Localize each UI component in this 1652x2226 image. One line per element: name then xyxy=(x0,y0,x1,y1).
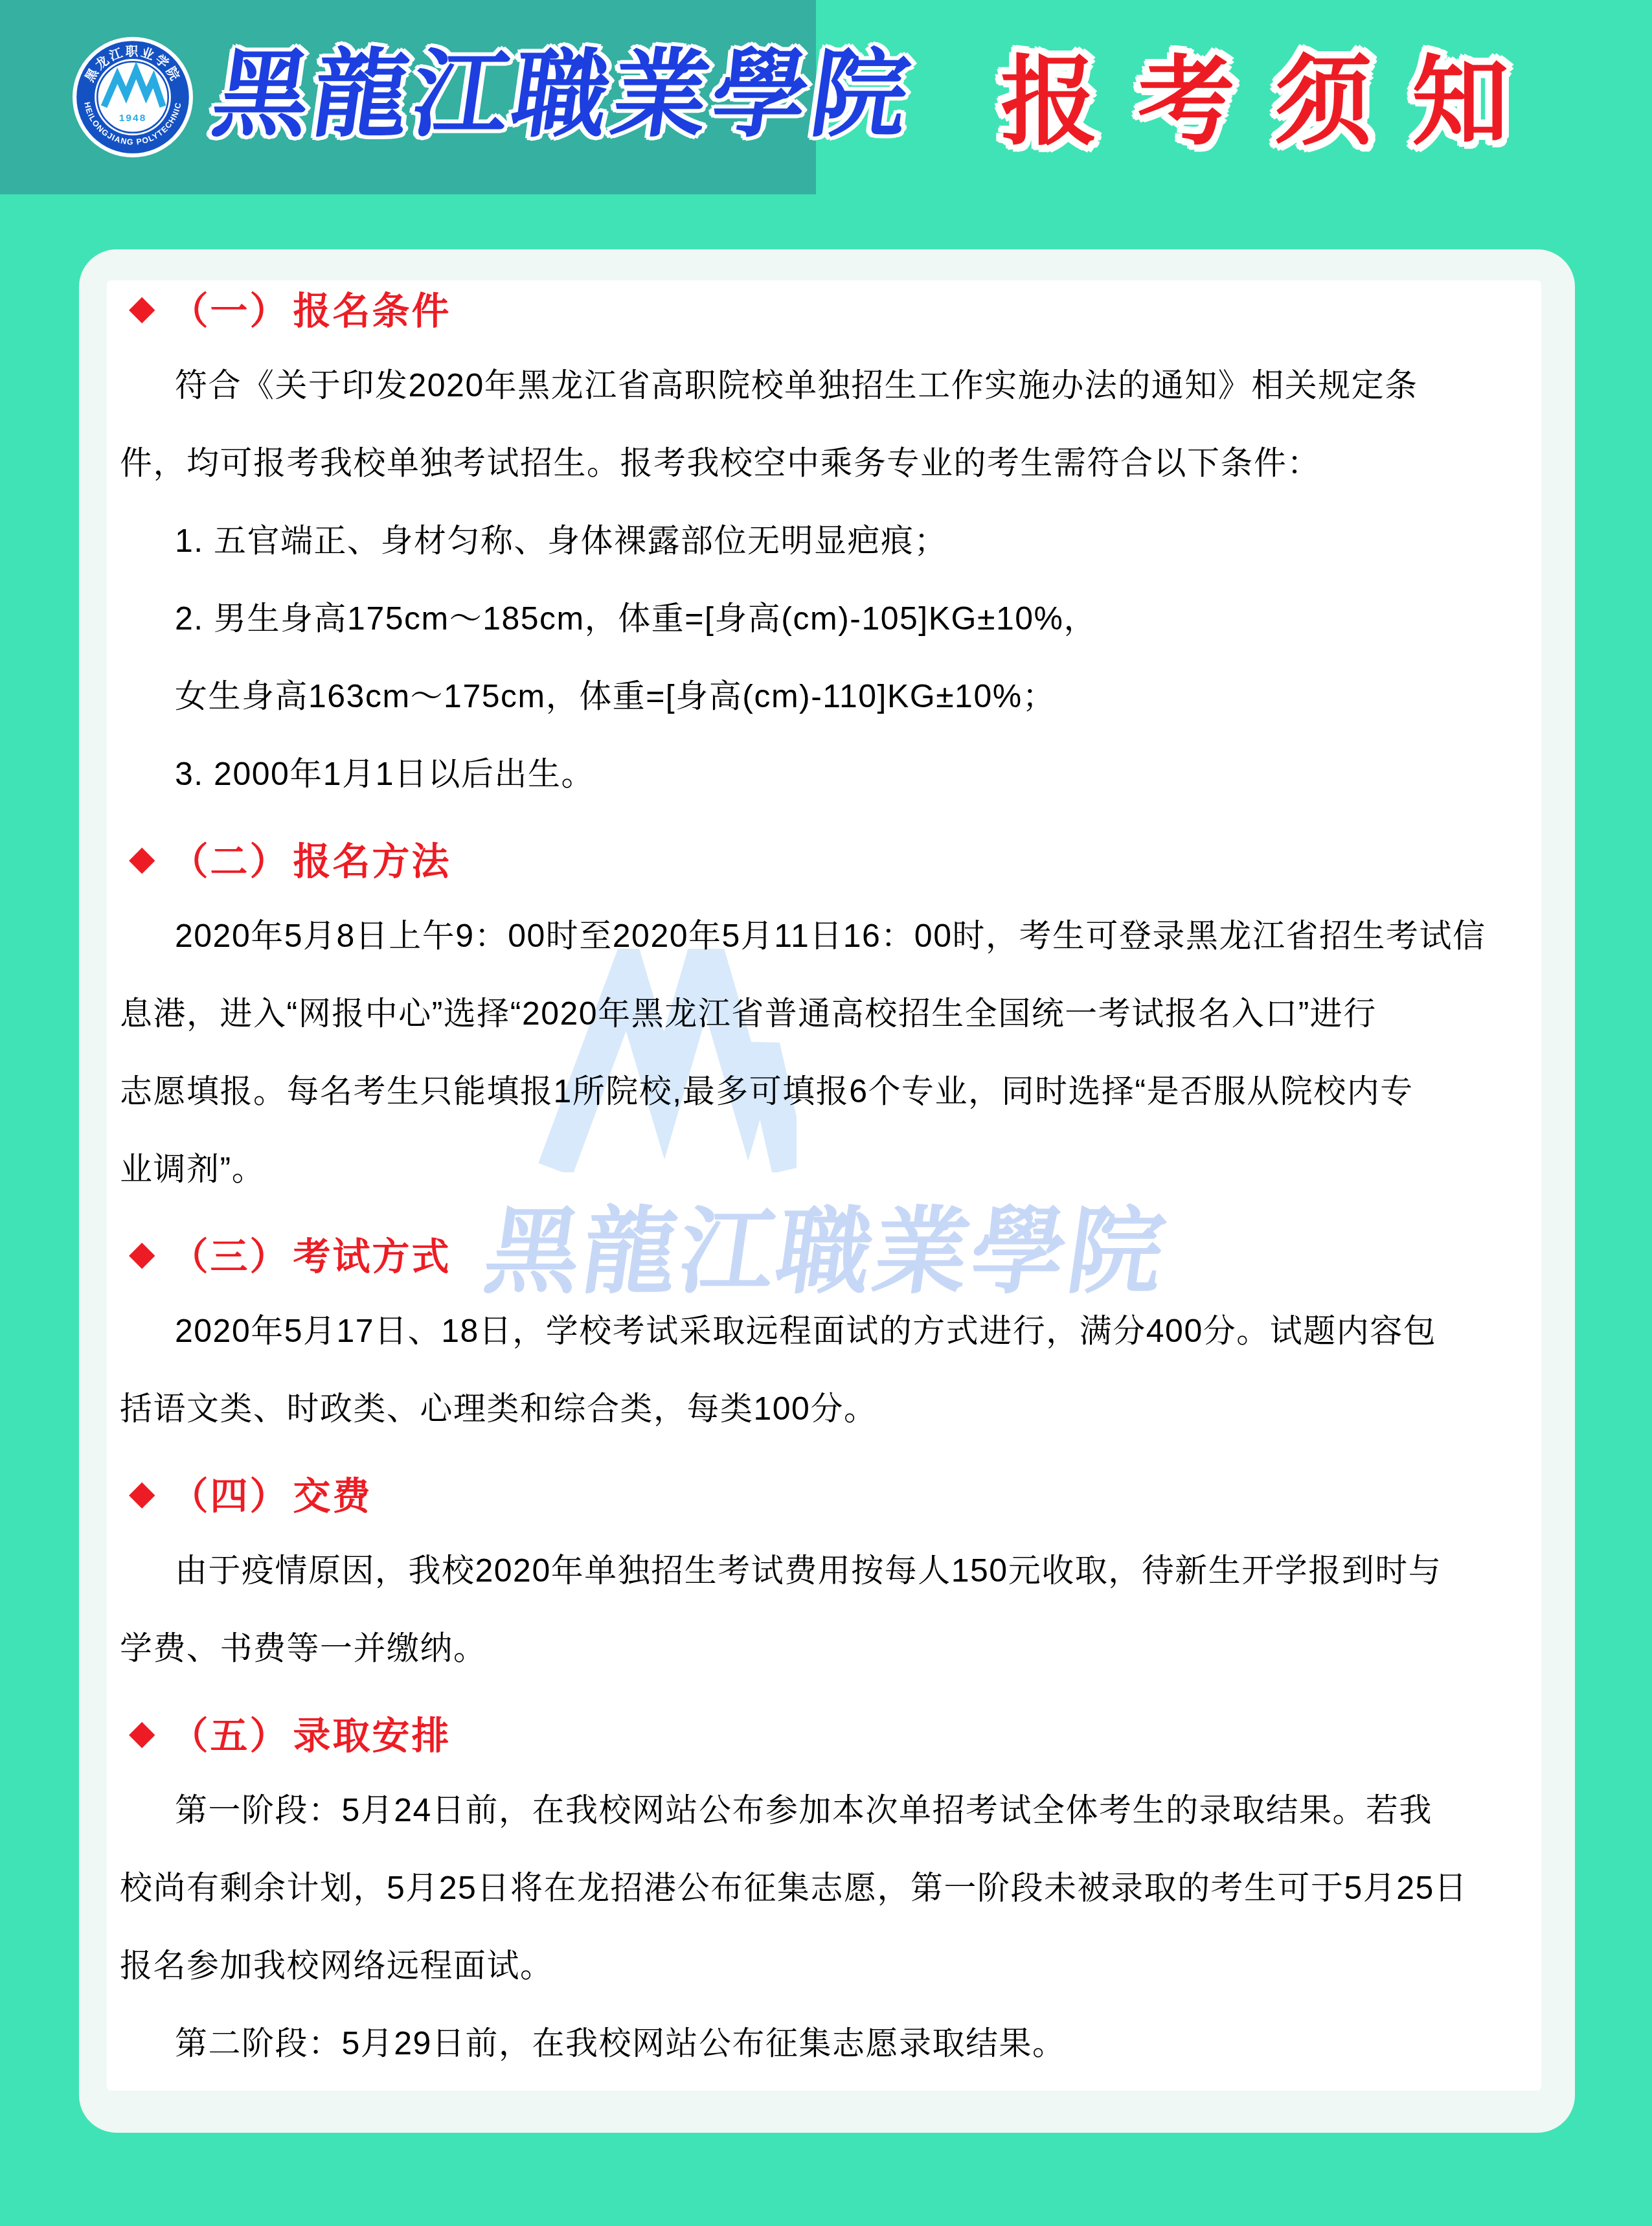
section-title: 录取安排 xyxy=(293,1705,451,1760)
badge-year: 1948 xyxy=(119,113,147,124)
section-title: 报名条件 xyxy=(293,280,451,335)
body-text-line: 女生身高163cm～175cm，体重=[身高(cm)-110]KG±10%； xyxy=(120,657,1567,735)
body-text-line: 1. 五官端正、身材匀称、身体裸露部位无明显疤痕； xyxy=(120,502,1567,580)
body-text-line: 志愿填报。每名考生只能填报1所院校,最多可填报6个专业，同时选择“是否服从院校内… xyxy=(120,1052,1567,1130)
body-text-line: 3. 2000年1月1日以后出生。 xyxy=(120,735,1567,813)
body-text-line: 第二阶段：5月29日前，在我校网站公布征集志愿录取结果。 xyxy=(120,2005,1567,2082)
diamond-bullet-icon: ◆ xyxy=(130,1716,156,1749)
page-title: 报 考 须 知 xyxy=(1001,47,1428,157)
section-number: （二） xyxy=(170,831,289,885)
section-number: （四） xyxy=(170,1466,289,1520)
body-text-line: 括语文类、时政类、心理类和综合类，每类100分。 xyxy=(120,1370,1567,1448)
section-heading: ◆（二）报名方法 xyxy=(120,819,1567,897)
diamond-bullet-icon: ◆ xyxy=(130,1237,156,1269)
body-text-line: 2020年5月8日上午9：00时至2020年5月11日16：00时，考生可登录黑… xyxy=(120,897,1567,975)
section-heading: ◆（一）报名条件 xyxy=(120,269,1567,346)
school-name-calligraphy: 黑龍江職業學院 xyxy=(205,34,921,157)
body-text-line: 息港，进入“网报中心”选择“2020年黑龙江省普通高校招生全国统一考试报名入口”… xyxy=(120,975,1567,1052)
section-heading: ◆（三）考试方式 xyxy=(120,1214,1567,1292)
body-text-line: 学费、书费等一并缴纳。 xyxy=(120,1609,1567,1687)
body-text-line: 业调剂”。 xyxy=(120,1130,1567,1208)
diamond-bullet-icon: ◆ xyxy=(130,1477,156,1509)
section-title: 考试方式 xyxy=(293,1226,451,1280)
section-title: 报名方法 xyxy=(293,831,451,885)
body-text-line: 件，均可报考我校单独考试招生。报考我校空中乘务专业的考生需符合以下条件： xyxy=(120,424,1567,502)
section-heading: ◆（四）交费 xyxy=(120,1454,1567,1532)
body-text-line: 校尚有剩余计划，5月25日将在龙招港公布征集志愿，第一阶段未被录取的考生可于5月… xyxy=(120,1849,1567,1927)
body-text-line: 报名参加我校网络远程面试。 xyxy=(120,1927,1567,2005)
body-text-line: 符合《关于印发2020年黑龙江省高职院校单独招生工作实施办法的通知》相关规定条 xyxy=(120,346,1567,424)
body-text-line: 第一阶段：5月24日前，在我校网站公布参加本次单招考试全体考生的录取结果。若我 xyxy=(120,1771,1567,1849)
section-number: （三） xyxy=(170,1226,289,1280)
notice-poster: { "page_title": "报 考 须 知", "header": { "… xyxy=(0,0,1652,2226)
school-logo-badge: 黑龙江职业学院 HEILONGJIANG POLYTECHNIC 1948 xyxy=(73,37,193,157)
section-heading: ◆（五）录取安排 xyxy=(120,1694,1567,1771)
section-number: （一） xyxy=(170,280,289,335)
diamond-bullet-icon: ◆ xyxy=(130,291,156,324)
notice-body: ◆（一）报名条件符合《关于印发2020年黑龙江省高职院校单独招生工作实施办法的通… xyxy=(120,269,1567,2082)
section-title: 交费 xyxy=(293,1466,372,1520)
body-text-line: 由于疫情原因，我校2020年单独招生考试费用按每人150元收取，待新生开学报到时… xyxy=(120,1532,1567,1609)
section-number: （五） xyxy=(170,1705,289,1760)
body-text-line: 2020年5月17日、18日，学校考试采取远程面试的方式进行，满分400分。试题… xyxy=(120,1292,1567,1370)
diamond-bullet-icon: ◆ xyxy=(130,842,156,874)
body-text-line: 2. 男生身高175cm～185cm，体重=[身高(cm)-105]KG±10%… xyxy=(120,580,1567,657)
